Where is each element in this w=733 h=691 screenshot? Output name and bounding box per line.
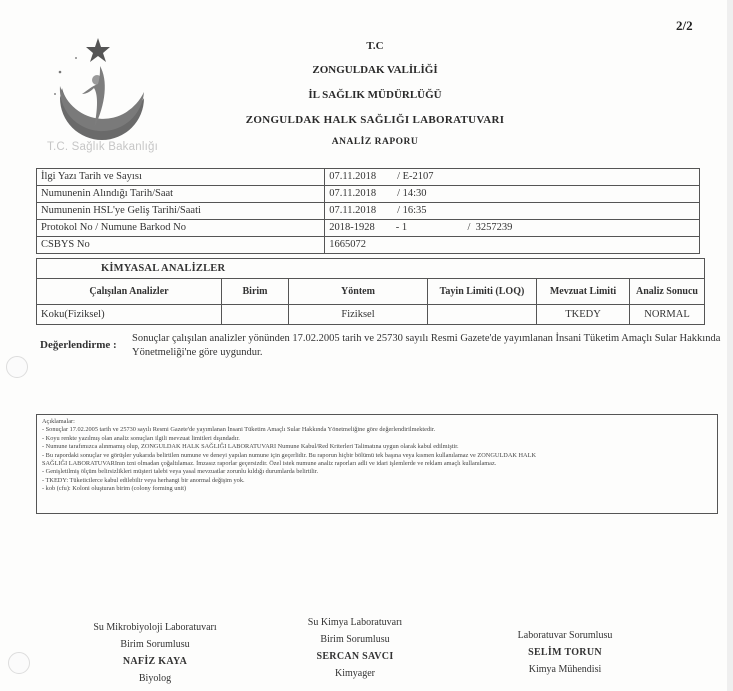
analysis-result: NORMAL xyxy=(630,305,705,325)
signature-name: SERCAN SAVCI xyxy=(240,648,470,665)
info-value: 07.11.2018 / E-2107 xyxy=(325,169,700,186)
column-header: Birim xyxy=(222,279,289,305)
header-directorate: İL SAĞLIK MÜDÜRLÜĞÜ xyxy=(180,89,570,101)
signature-role: Birim Sorumlusu xyxy=(240,631,470,648)
info-label: CSBYS No xyxy=(37,237,325,254)
scan-edge xyxy=(727,0,733,691)
signature-title: Kimyager xyxy=(240,665,470,682)
column-header: Çalışılan Analizler xyxy=(37,279,222,305)
note-line: SAĞLIĞI LABORATUVARInın izni olmadan çoğ… xyxy=(42,460,712,468)
sample-info-table: İlgi Yazı Tarih ve Sayısı 07.11.2018 / E… xyxy=(36,168,700,254)
column-header: Mevzuat Limiti xyxy=(537,279,630,305)
info-value: 2018-1928 - 1 / 3257239 xyxy=(325,220,700,237)
header-laboratory: ZONGULDAK HALK SAĞLIĞI LABORATUVARI xyxy=(180,114,570,126)
analysis-name: Koku(Fiziksel) xyxy=(37,305,222,325)
column-header: Analiz Sonucu xyxy=(630,279,705,305)
note-line: - TKEDY: Tüketicilerce kabul edilebilir … xyxy=(42,477,712,485)
analysis-unit xyxy=(222,305,289,325)
signature-role: Birim Sorumlusu xyxy=(40,636,270,653)
signature-block-microbiology: Su Mikrobiyoloji Laboratuvarı Birim Soru… xyxy=(40,619,270,687)
column-header: Yöntem xyxy=(289,279,428,305)
punch-hole xyxy=(6,356,28,378)
table-row: İlgi Yazı Tarih ve Sayısı 07.11.2018 / E… xyxy=(37,169,700,186)
signature-block-chemistry: Su Kimya Laboratuvarı Birim Sorumlusu SE… xyxy=(240,614,470,682)
logo-caption: T.C. Sağlık Bakanlığı xyxy=(40,141,165,153)
note-line: - Bu rapordaki sonuçlar ve görüşler yuka… xyxy=(42,452,712,460)
header-country: T.C xyxy=(180,40,570,52)
analysis-regulation-limit: TKEDY xyxy=(537,305,630,325)
signature-unit: Su Mikrobiyoloji Laboratuvarı xyxy=(40,619,270,636)
note-line: - Sonuçlar 17.02.2005 tarih ve 25730 say… xyxy=(42,426,712,434)
note-line: - Koyu renkte yazılmış olan analiz sonuç… xyxy=(42,435,712,443)
signature-block-lab-manager: Laboratuvar Sorumlusu SELİM TORUN Kimya … xyxy=(450,627,680,678)
notes-title: Açıklamalar: xyxy=(42,418,712,426)
analysis-section-title: KİMYASAL ANALİZLER xyxy=(37,259,705,279)
header-governorship: ZONGULDAK VALİLİĞİ xyxy=(180,64,570,76)
analysis-header-row: Çalışılan Analizler Birim Yöntem Tayin L… xyxy=(37,279,705,305)
page-title: ANALİZ RAPORU xyxy=(180,137,570,147)
signature-title: Kimya Mühendisi xyxy=(450,661,680,678)
notes-box: Açıklamalar: - Sonuçlar 17.02.2005 tarih… xyxy=(36,414,718,514)
signature-unit: Su Kimya Laboratuvarı xyxy=(240,614,470,631)
table-row: Protokol No / Numune Barkod No 2018-1928… xyxy=(37,220,700,237)
signature-name: NAFİZ KAYA xyxy=(40,653,270,670)
table-row: CSBYS No 1665072 xyxy=(37,237,700,254)
table-row: Numunenin Alındığı Tarih/Saat 07.11.2018… xyxy=(37,186,700,203)
analysis-loq xyxy=(428,305,537,325)
signature-role: Laboratuvar Sorumlusu xyxy=(450,627,680,644)
column-header: Tayin Limiti (LOQ) xyxy=(428,279,537,305)
health-ministry-logo-icon xyxy=(40,28,165,158)
signature-title: Biyolog xyxy=(40,670,270,687)
analysis-method: Fiziksel xyxy=(289,305,428,325)
note-line: - Numune tarafımızca alınmamış olup, ZON… xyxy=(42,443,712,451)
info-value: 07.11.2018 / 14:30 xyxy=(325,186,700,203)
table-row: Numunenin HSL'ye Geliş Tarihi/Saati 07.1… xyxy=(37,203,700,220)
evaluation-text: Sonuçlar çalışılan analizler yönünden 17… xyxy=(132,332,722,360)
page-number: 2/2 xyxy=(676,18,693,34)
note-line: - kob (cfu): Koloni oluşturan birim (col… xyxy=(42,485,712,493)
info-label: Numunenin HSL'ye Geliş Tarihi/Saati xyxy=(37,203,325,220)
info-value: 1665072 xyxy=(325,237,700,254)
info-label: Protokol No / Numune Barkod No xyxy=(37,220,325,237)
punch-hole xyxy=(8,652,30,674)
info-label: Numunenin Alındığı Tarih/Saat xyxy=(37,186,325,203)
table-row: Koku(Fiziksel) Fiziksel TKEDY NORMAL xyxy=(37,305,705,325)
evaluation-label: Değerlendirme : xyxy=(40,339,117,351)
signature-name: SELİM TORUN xyxy=(450,644,680,661)
info-value: 07.11.2018 / 16:35 xyxy=(325,203,700,220)
note-line: - Genişletilmiş ölçüm belirsizlikleri mü… xyxy=(42,468,712,476)
analysis-table: KİMYASAL ANALİZLER Çalışılan Analizler B… xyxy=(36,258,705,325)
info-label: İlgi Yazı Tarih ve Sayısı xyxy=(37,169,325,186)
analysis-title-row: KİMYASAL ANALİZLER xyxy=(37,259,705,279)
